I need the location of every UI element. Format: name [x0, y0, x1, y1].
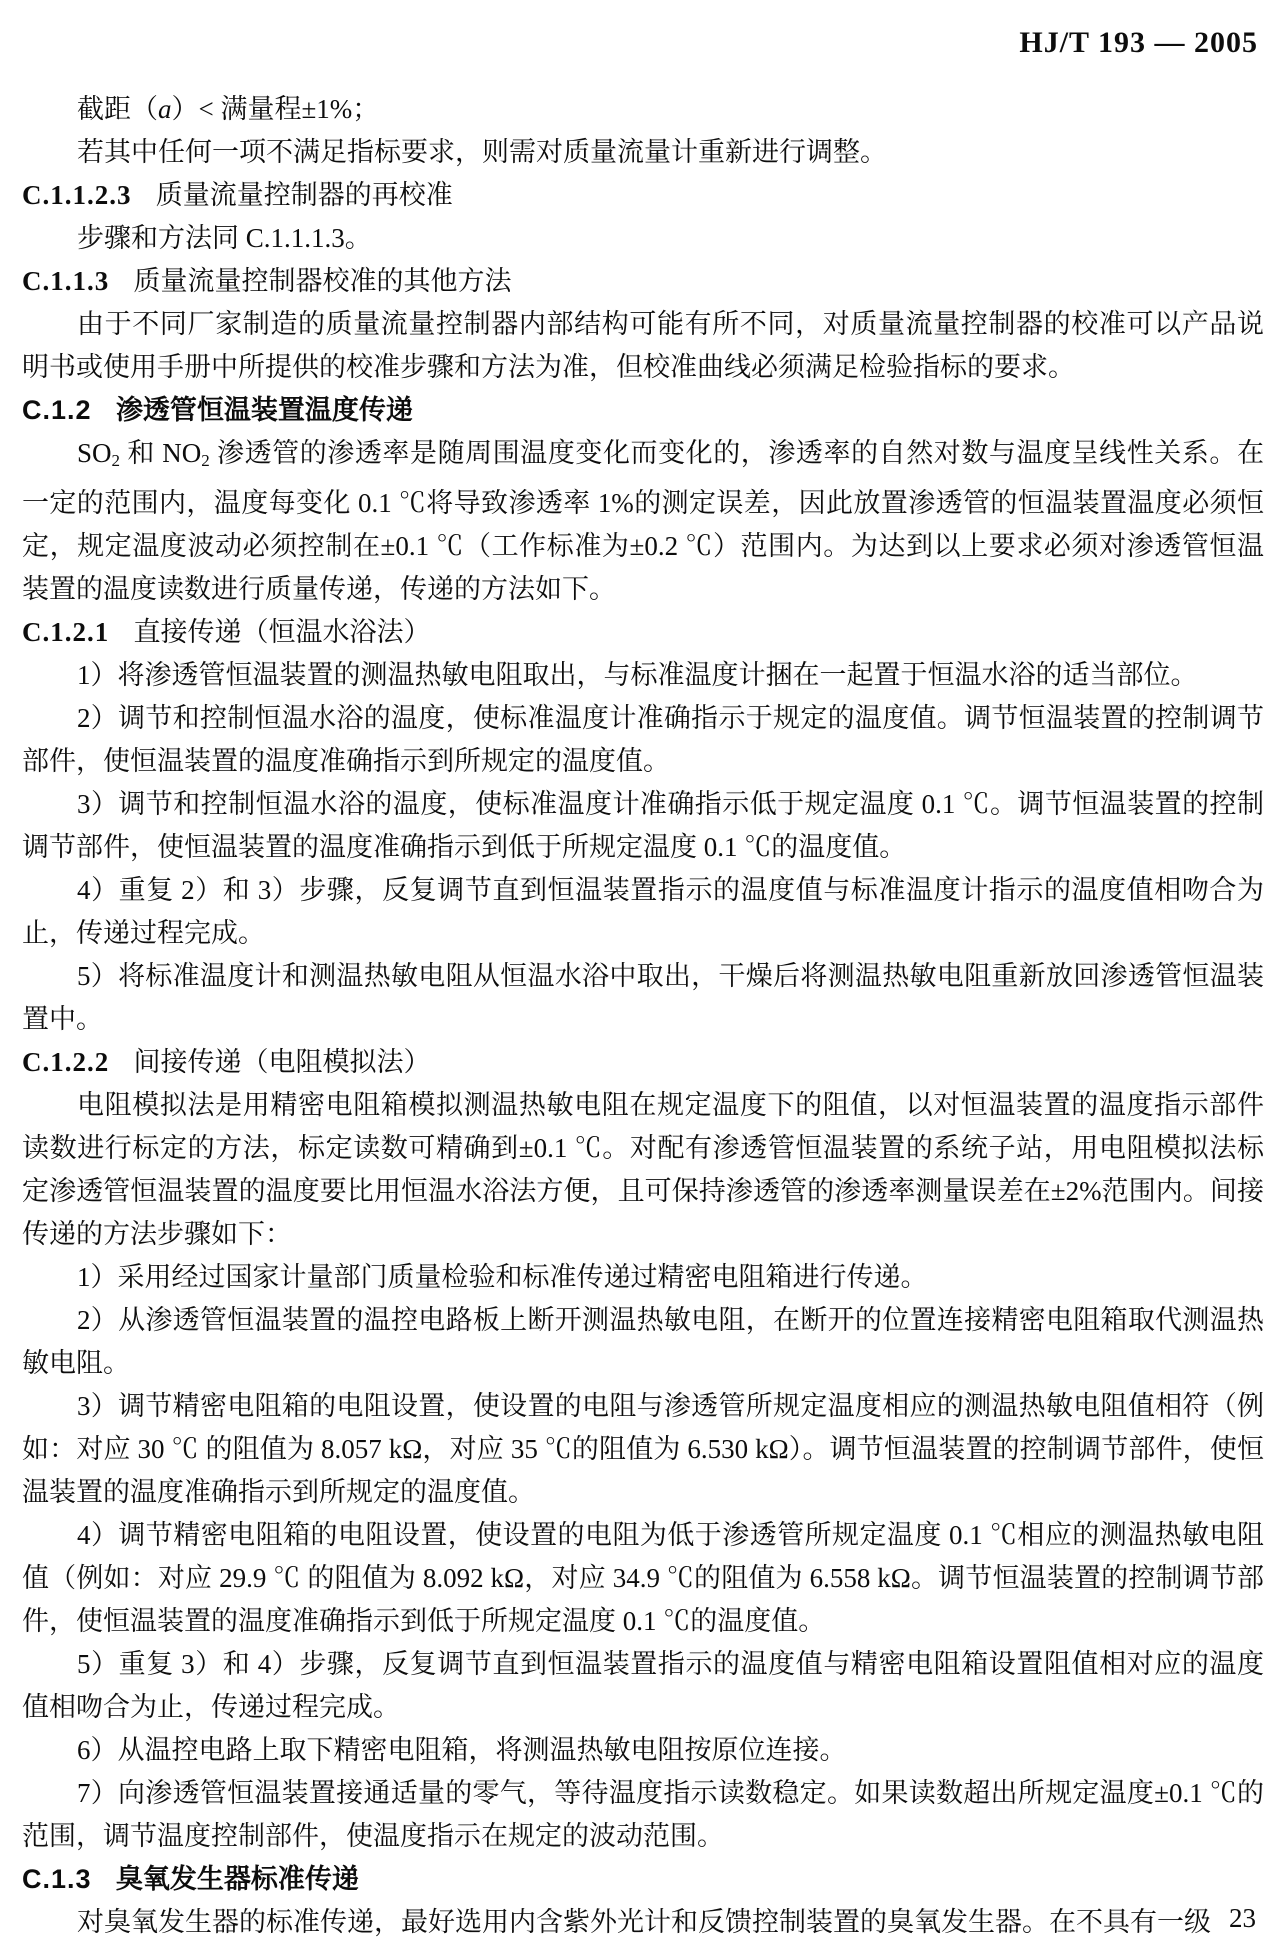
- standard-number: HJ/T 193 — 2005: [1019, 26, 1258, 59]
- section-heading: C.1.1.2.3质量流量控制器的再校准: [22, 174, 1264, 217]
- text-sub: 2: [112, 451, 121, 470]
- text-run: 3）调节精密电阻箱的电阻设置，使设置的电阻与渗透管所规定温度相应的测温热敏电阻值…: [22, 1391, 1264, 1507]
- text-run: 截距（: [77, 94, 158, 124]
- paragraph: 5）将标准温度计和测温热敏电阻从恒温水浴中取出，干燥后将测温热敏电阻重新放回渗透…: [22, 955, 1264, 1041]
- text-run: 2）调节和控制恒温水浴的温度，使标准温度计准确指示于规定的温度值。调节恒温装置的…: [22, 703, 1264, 776]
- text-run: 6）从温控电路上取下精密电阻箱，将测温热敏电阻按原位连接。: [77, 1735, 847, 1765]
- paragraph: 电阻模拟法是用精密电阻箱模拟测温热敏电阻在规定温度下的阻值，以对恒温装置的温度指…: [22, 1084, 1264, 1256]
- text-run: ）< 满量程±1%；: [172, 94, 380, 124]
- paragraph: 2）从渗透管恒温装置的温控电路板上断开测温热敏电阻，在断开的位置连接精密电阻箱取…: [22, 1299, 1264, 1385]
- paragraph: 2）调节和控制恒温水浴的温度，使标准温度计准确指示于规定的温度值。调节恒温装置的…: [22, 697, 1264, 783]
- text-run: 5）重复 3）和 4）步骤，反复调节直到恒温装置指示的温度值与精密电阻箱设置阻值…: [22, 1649, 1264, 1722]
- paragraph: 3）调节精密电阻箱的电阻设置，使设置的电阻与渗透管所规定温度相应的测温热敏电阻值…: [22, 1385, 1264, 1514]
- section-title: 臭氧发生器标准传递: [116, 1864, 359, 1894]
- paragraph: 7）向渗透管恒温装置接通适量的零气，等待温度指示读数稳定。如果读数超出所规定温度…: [22, 1772, 1264, 1858]
- section-heading: C.1.2渗透管恒温装置温度传递: [22, 389, 1264, 432]
- paragraph: 由于不同厂家制造的质量流量控制器内部结构可能有所不同，对质量流量控制器的校准可以…: [22, 303, 1264, 389]
- section-title: 质量流量控制器的再校准: [156, 180, 453, 210]
- section-number: C.1.2.1: [22, 617, 109, 647]
- section-heading: C.1.1.3质量流量控制器校准的其他方法: [22, 260, 1264, 303]
- text-italic: a: [158, 94, 172, 124]
- text-run: 若其中任何一项不满足指标要求，则需对质量流量计重新进行调整。: [77, 137, 887, 167]
- section-title: 直接传递（恒温水浴法）: [134, 617, 431, 647]
- paragraph: 1）采用经过国家计量部门质量检验和标准传递过精密电阻箱进行传递。: [22, 1256, 1264, 1299]
- paragraph: 3）调节和控制恒温水浴的温度，使标准温度计准确指示低于规定温度 0.1 ℃。调节…: [22, 783, 1264, 869]
- section-heading: C.1.3臭氧发生器标准传递: [22, 1858, 1264, 1901]
- paragraph: SO2 和 NO2 渗透管的渗透率是随周围温度变化而变化的，渗透率的自然对数与温…: [22, 432, 1264, 611]
- section-title: 渗透管恒温装置温度传递: [116, 395, 413, 425]
- paragraph: 1）将渗透管恒温装置的测温热敏电阻取出，与标准温度计捆在一起置于恒温水浴的适当部…: [22, 654, 1264, 697]
- text-run: 5）将标准温度计和测温热敏电阻从恒温水浴中取出，干燥后将测温热敏电阻重新放回渗透…: [22, 961, 1264, 1034]
- paragraph: 截距（a）< 满量程±1%；: [22, 88, 1264, 131]
- text-run: 和 NO: [120, 438, 201, 468]
- text-run: 7）向渗透管恒温装置接通适量的零气，等待温度指示读数稳定。如果读数超出所规定温度…: [22, 1778, 1264, 1851]
- section-number: C.1.3: [22, 1864, 92, 1894]
- section-number: C.1.2: [22, 395, 92, 425]
- paragraph: 4）重复 2）和 3）步骤，反复调节直到恒温装置指示的温度值与标准温度计指示的温…: [22, 869, 1264, 955]
- section-number: C.1.1.3: [22, 266, 109, 296]
- section-title: 间接传递（电阻模拟法）: [134, 1047, 431, 1077]
- page-header: HJ/T 193 — 2005: [22, 26, 1264, 66]
- text-run: 3）调节和控制恒温水浴的温度，使标准温度计准确指示低于规定温度 0.1 ℃。调节…: [22, 789, 1264, 862]
- paragraph: 对臭氧发生器的标准传递，最好选用内含紫外光计和反馈控制装置的臭氧发生器。在不具有…: [22, 1901, 1264, 1944]
- section-number: C.1.1.2.3: [22, 180, 132, 210]
- section-heading: C.1.2.2间接传递（电阻模拟法）: [22, 1041, 1264, 1084]
- text-run: 1）采用经过国家计量部门质量检验和标准传递过精密电阻箱进行传递。: [77, 1262, 928, 1292]
- document-body: 截距（a）< 满量程±1%；若其中任何一项不满足指标要求，则需对质量流量计重新进…: [22, 88, 1264, 1944]
- text-run: 由于不同厂家制造的质量流量控制器内部结构可能有所不同，对质量流量控制器的校准可以…: [22, 309, 1264, 382]
- document-page: HJ/T 193 — 2005 截距（a）< 满量程±1%；若其中任何一项不满足…: [0, 0, 1288, 1954]
- text-run: 电阻模拟法是用精密电阻箱模拟测温热敏电阻在规定温度下的阻值，以对恒温装置的温度指…: [22, 1090, 1264, 1249]
- section-number: C.1.2.2: [22, 1047, 109, 1077]
- text-run: 2）从渗透管恒温装置的温控电路板上断开测温热敏电阻，在断开的位置连接精密电阻箱取…: [22, 1305, 1264, 1378]
- text-run: 4）重复 2）和 3）步骤，反复调节直到恒温装置指示的温度值与标准温度计指示的温…: [22, 875, 1264, 948]
- paragraph: 4）调节精密电阻箱的电阻设置，使设置的电阻为低于渗透管所规定温度 0.1 ℃相应…: [22, 1514, 1264, 1643]
- text-run: 对臭氧发生器的标准传递，最好选用内含紫外光计和反馈控制装置的臭氧发生器。在不具有…: [77, 1907, 1211, 1937]
- text-run: 1）将渗透管恒温装置的测温热敏电阻取出，与标准温度计捆在一起置于恒温水浴的适当部…: [77, 660, 1198, 690]
- paragraph: 6）从温控电路上取下精密电阻箱，将测温热敏电阻按原位连接。: [22, 1729, 1264, 1772]
- text-sub: 2: [201, 451, 210, 470]
- text-run: 4）调节精密电阻箱的电阻设置，使设置的电阻为低于渗透管所规定温度 0.1 ℃相应…: [22, 1520, 1264, 1636]
- paragraph: 5）重复 3）和 4）步骤，反复调节直到恒温装置指示的温度值与精密电阻箱设置阻值…: [22, 1643, 1264, 1729]
- section-heading: C.1.2.1直接传递（恒温水浴法）: [22, 611, 1264, 654]
- page-number: 23: [1229, 1903, 1256, 1934]
- paragraph: 步骤和方法同 C.1.1.1.3。: [22, 217, 1264, 260]
- section-title: 质量流量控制器校准的其他方法: [134, 266, 512, 296]
- text-run: SO: [77, 438, 112, 468]
- text-run: 步骤和方法同 C.1.1.1.3。: [77, 223, 372, 253]
- paragraph: 若其中任何一项不满足指标要求，则需对质量流量计重新进行调整。: [22, 131, 1264, 174]
